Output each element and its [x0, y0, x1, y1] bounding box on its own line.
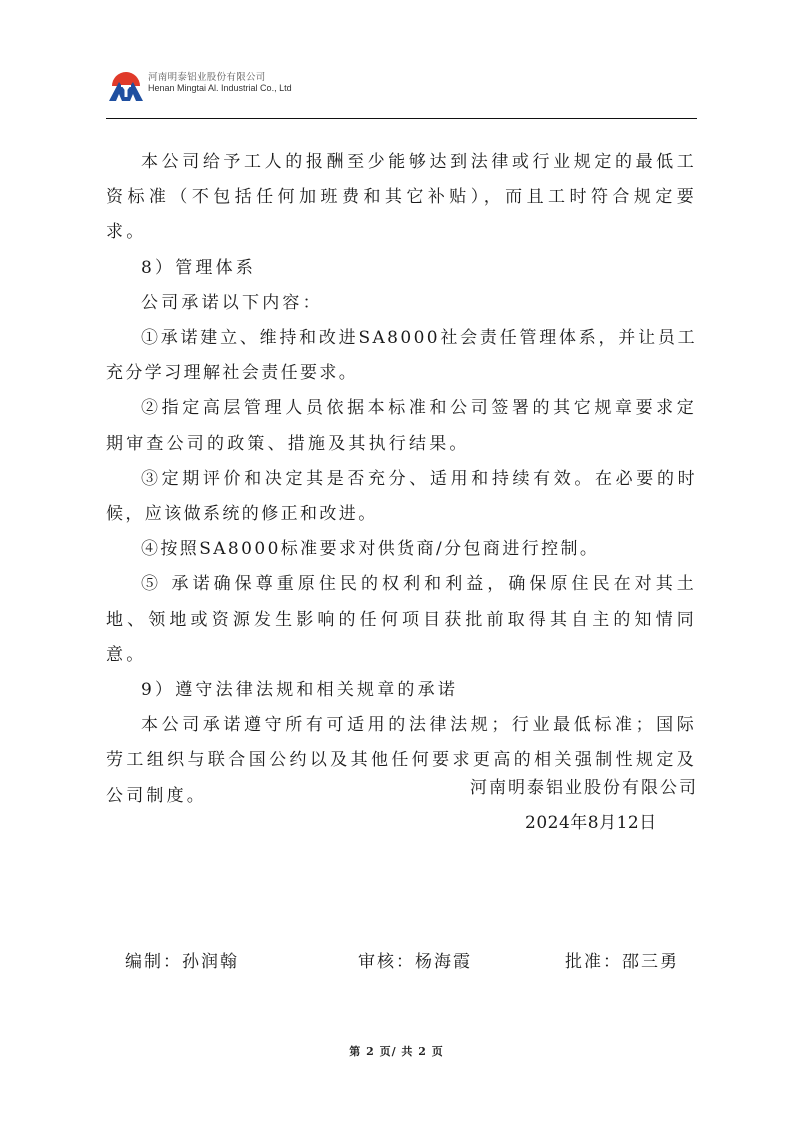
header-divider	[106, 118, 697, 119]
paragraph-commitment-intro: 公司承诺以下内容：	[106, 286, 697, 321]
document-body: 本公司给予工人的报酬至少能够达到法律或行业规定的最低工资标准（不包括任何加班费和…	[106, 145, 697, 814]
mingtai-logo-icon	[108, 68, 144, 102]
list-item-2: ②指定高层管理人员依据本标准和公司签署的其它规章要求定期审查公司的政策、措施及其…	[106, 391, 697, 461]
page-number: 第 2 页/ 共 2 页	[0, 1043, 793, 1059]
company-name-en: Henan Mingtai Al. Industrial Co., Ltd	[148, 83, 292, 93]
signature-company: 河南明泰铝业股份有限公司	[470, 773, 698, 798]
company-name-cn: 河南明泰铝业股份有限公司	[148, 69, 266, 83]
list-item-3: ③定期评价和决定其是否充分、适用和持续有效。在必要的时候，应该做系统的修正和改进…	[106, 462, 697, 532]
reviewed-by: 审核：杨海霞	[358, 947, 472, 972]
section-heading-legal-compliance: 9）遵守法律法规和相关规章的承诺	[106, 673, 697, 708]
list-item-1: ①承诺建立、维持和改进SA8000社会责任管理体系，并让员工充分学习理解社会责任…	[106, 321, 697, 391]
compiled-by: 编制：孙润翰	[125, 947, 239, 972]
list-item-5: ⑤ 承诺确保尊重原住民的权利和利益，确保原住民在对其土地、领地或资源发生影响的任…	[106, 567, 697, 673]
approved-by: 批准：邵三勇	[565, 947, 679, 972]
paragraph-legal-compliance: 本公司承诺遵守所有可适用的法律法规；行业最低标准；国际劳工组织与联合国公约以及其…	[106, 708, 697, 814]
signature-date: 2024年8月12日	[525, 808, 657, 833]
paragraph-wages: 本公司给予工人的报酬至少能够达到法律或行业规定的最低工资标准（不包括任何加班费和…	[106, 145, 697, 251]
list-item-4: ④按照SA8000标准要求对供货商/分包商进行控制。	[106, 532, 697, 567]
page-header: 河南明泰铝业股份有限公司 Henan Mingtai Al. Industria…	[106, 66, 697, 106]
section-heading-management-system: 8）管理体系	[106, 251, 697, 286]
